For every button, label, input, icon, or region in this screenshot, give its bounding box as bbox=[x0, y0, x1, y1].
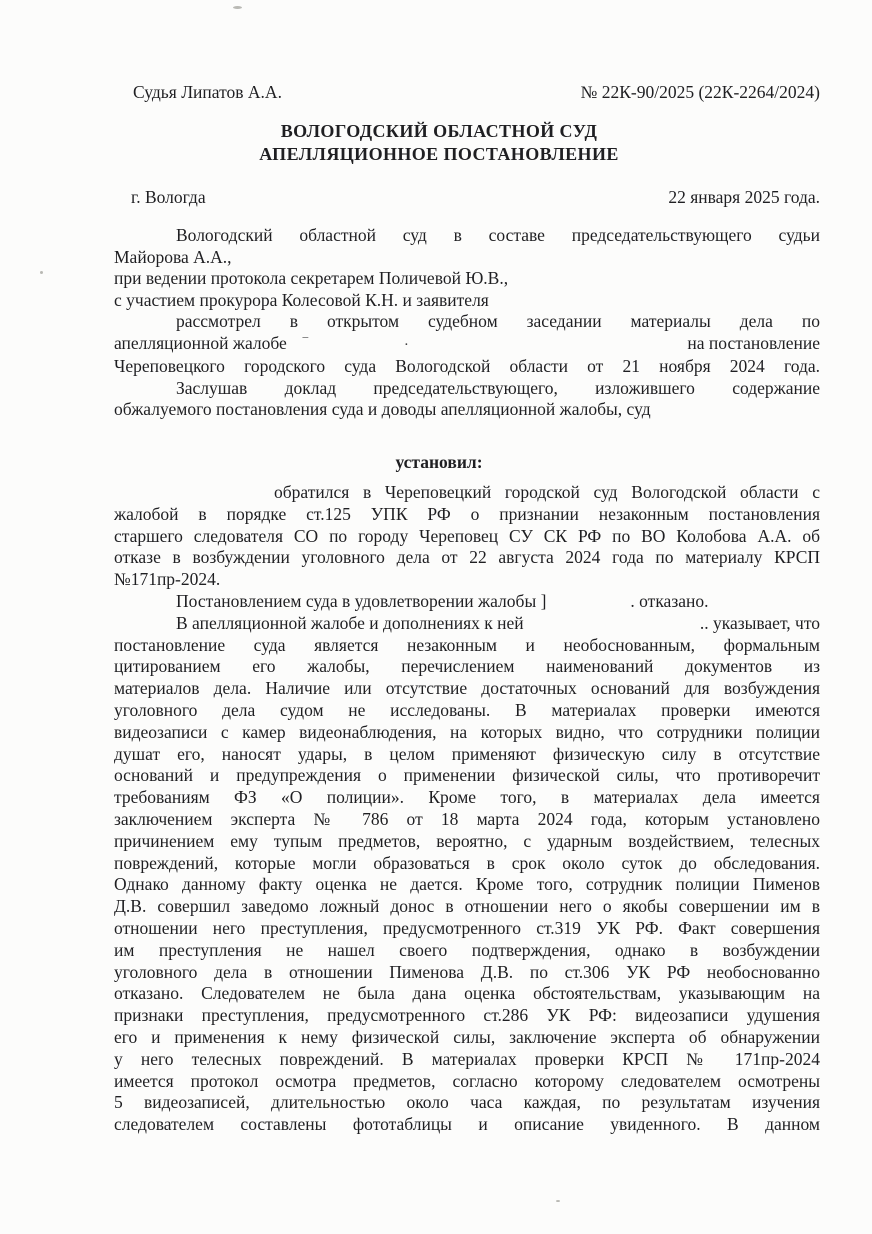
text-line: признаки преступления, предусмотренного … bbox=[114, 1005, 820, 1027]
date-label: 22 января 2025 года. bbox=[668, 187, 820, 208]
text-segment: на постановление bbox=[687, 333, 820, 355]
document-heading: ВОЛОГОДСКИЙ ОБЛАСТНОЙ СУД АПЕЛЛЯЦИОННОЕ … bbox=[86, 120, 792, 166]
text-segment: Постановлением суда в удовлетворении жал… bbox=[176, 591, 546, 613]
header-row: Судья Липатов А.А. № 22К-90/2025 (22К-22… bbox=[114, 82, 820, 103]
place-date-row: г. Вологда 22 января 2025 года. bbox=[114, 187, 820, 208]
text-line: отказе в возбуждении уголовного дела от … bbox=[114, 547, 820, 569]
text-line: при ведении протокола секретарем Поличев… bbox=[114, 268, 820, 290]
court-name: ВОЛОГОДСКИЙ ОБЛАСТНОЙ СУД bbox=[86, 120, 792, 143]
text-line: у него телесных повреждений. В материала… bbox=[114, 1049, 820, 1071]
intro-paragraph: Вологодский областной суд в составе пред… bbox=[114, 225, 820, 421]
document-page: Судья Липатов А.А. № 22К-90/2025 (22К-22… bbox=[0, 0, 872, 1234]
text-line: его и применения к нему физической силы,… bbox=[114, 1027, 820, 1049]
text-line: отношении него преступления, предусмотре… bbox=[114, 918, 820, 940]
redaction-remnant: ‾ bbox=[303, 335, 308, 357]
text-line: цитированием его жалобы, перечислением н… bbox=[114, 656, 820, 678]
text-segment: апелляционной жалобе bbox=[114, 333, 287, 355]
text-line: В апелляционной жалобе и дополнениях к н… bbox=[114, 613, 820, 635]
text-line: старшего следователя СО по городу Черепо… bbox=[114, 526, 820, 548]
text-line: апелляционной жалобе‾·на постановление bbox=[114, 333, 820, 357]
text-line: жалобой в порядке ст.125 УПК РФ о призна… bbox=[114, 504, 820, 526]
text-line: Заслушав доклад председательствующего, и… bbox=[114, 378, 820, 400]
text-line: материалов дела. Наличие или отсутствие … bbox=[114, 678, 820, 700]
text-line: 5 видеозаписей, длительностью около часа… bbox=[114, 1092, 820, 1114]
text-line: обжалуемого постановления суда и доводы … bbox=[114, 399, 820, 421]
text-line: постановление суда является незаконным и… bbox=[114, 635, 820, 657]
resolution-heading: установил: bbox=[86, 452, 792, 474]
text-segment: В апелляционной жалобе и дополнениях к н… bbox=[176, 613, 524, 635]
text-line: Постановлением суда в удовлетворении жал… bbox=[114, 591, 820, 613]
scan-speck bbox=[40, 271, 43, 274]
judge-label: Судья Липатов А.А. bbox=[133, 82, 282, 103]
city-label: г. Вологда bbox=[131, 187, 206, 208]
text-line: с участием прокурора Колесовой К.Н. и за… bbox=[114, 290, 820, 312]
text-line: отказано. Следователем не была дана оцен… bbox=[114, 983, 820, 1005]
text-line: причинением ему тупым предметов, вероятн… bbox=[114, 831, 820, 853]
text-line: повреждений, которые могли образоваться … bbox=[114, 853, 820, 875]
text-line: №171пр-2024. bbox=[114, 569, 820, 591]
text-segment: .. указывает, что bbox=[700, 613, 820, 635]
redaction-remnant: · bbox=[404, 335, 409, 357]
text-line: видеозаписи с камер видеонаблюдения, на … bbox=[114, 722, 820, 744]
text-line: Однако данному факту оценка не дается. К… bbox=[114, 874, 820, 896]
scan-speck bbox=[556, 1200, 560, 1202]
body-paragraph: обратился в Череповецкий городской суд В… bbox=[114, 482, 820, 1136]
text-line: Череповецкого городского суда Вологодско… bbox=[114, 356, 820, 378]
text-line: уголовного дела в отношении Пименова Д.В… bbox=[114, 962, 820, 984]
document-title: АПЕЛЛЯЦИОННОЕ ПОСТАНОВЛЕНИЕ bbox=[86, 143, 792, 166]
text-line: имеется протокол осмотра предметов, согл… bbox=[114, 1071, 820, 1093]
text-line: заключением эксперта № 786 от 18 марта 2… bbox=[114, 809, 820, 831]
text-line: Майорова А.А., bbox=[114, 247, 820, 269]
document-content: Судья Липатов А.А. № 22К-90/2025 (22К-22… bbox=[114, 0, 820, 1136]
text-line: оснований и предупреждения о применении … bbox=[114, 765, 820, 787]
text-line: следователем составлены фототаблицы и оп… bbox=[114, 1114, 820, 1136]
text-line: рассмотрел в открытом судебном заседании… bbox=[114, 311, 820, 333]
text-line: обратился в Череповецкий городской суд В… bbox=[114, 482, 820, 504]
text-line: им преступления не нашел своего подтверж… bbox=[114, 940, 820, 962]
text-segment: . отказано. bbox=[630, 591, 708, 613]
text-line: требованиям ФЗ «О полиции». Кроме того, … bbox=[114, 787, 820, 809]
text-line: уголовного дела судом не исследованы. В … bbox=[114, 700, 820, 722]
text-line: Д.В. совершил заведомо ложный донос в от… bbox=[114, 896, 820, 918]
text-line: Вологодский областной суд в составе пред… bbox=[114, 225, 820, 247]
text-line: душат его, наносят удары, в целом примен… bbox=[114, 744, 820, 766]
case-number: № 22К-90/2025 (22К-2264/2024) bbox=[581, 82, 820, 103]
